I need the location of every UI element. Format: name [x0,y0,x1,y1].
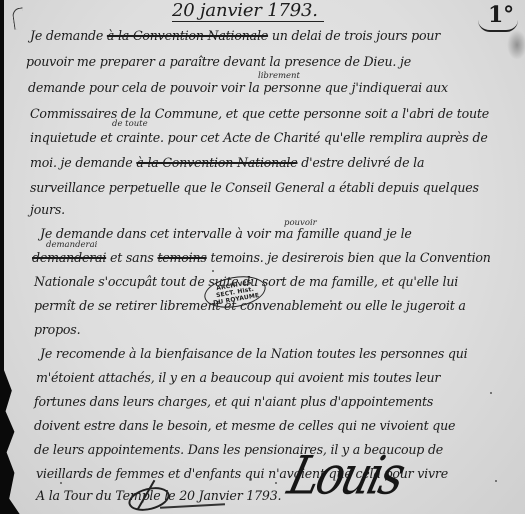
struck-text: temoins [157,250,206,265]
folio-flourish [478,20,518,32]
struck-text: demanderai [32,250,106,265]
paper-speck [495,480,497,482]
ink-smudge [507,30,525,60]
signature: Louis [282,444,409,506]
struck-text: à la Convention Nationale [136,155,297,170]
text-line-14: Je recomende à la bienfaisance de la Nat… [40,346,468,361]
interlinear-insertion: de toute [112,119,148,129]
text-line-6: moi. je demande à la Convention National… [30,155,424,170]
paper-speck [60,482,62,484]
paper-speck [490,392,492,394]
text-line-17: doivent estre dans le besoin, et mesme d… [34,418,455,433]
text-line-16: fortunes dans leurs charges, et qui n'ai… [34,394,433,409]
text-line-2: pouvoir me preparer a paraître devant la… [26,54,411,69]
text-line-3: demande pour cela de pouvoir voir la per… [28,80,448,95]
text-line-9: Je demande dans cet intervalle à voir ma… [40,226,412,241]
text-line-4: Commissaires de la Commune, et que cette… [30,106,489,121]
text-line-5: inquietude et crainte. pour cet Acte de … [30,130,488,145]
text-line-7: surveillance perpetuelle que le Conseil … [30,180,479,195]
text-line-8: jours. [30,202,65,217]
paper-speck [250,478,252,480]
struck-text: à la Convention Nationale [107,28,268,43]
text-line-1: Je demande à la Convention Nationale un … [30,28,440,43]
interlinear-insertion: demanderai [46,240,97,250]
date-heading: 20 janvier 1793. [172,1,324,22]
text-line-10: demanderai et sans temoins temoins. je d… [32,250,491,265]
text-line-15: m'étoient attachés, il y en a beaucoup q… [36,370,440,385]
paper-speck [212,270,214,272]
paper-speck [330,300,332,302]
paper-speck [275,482,277,484]
text-line-13: propos. [34,322,80,337]
